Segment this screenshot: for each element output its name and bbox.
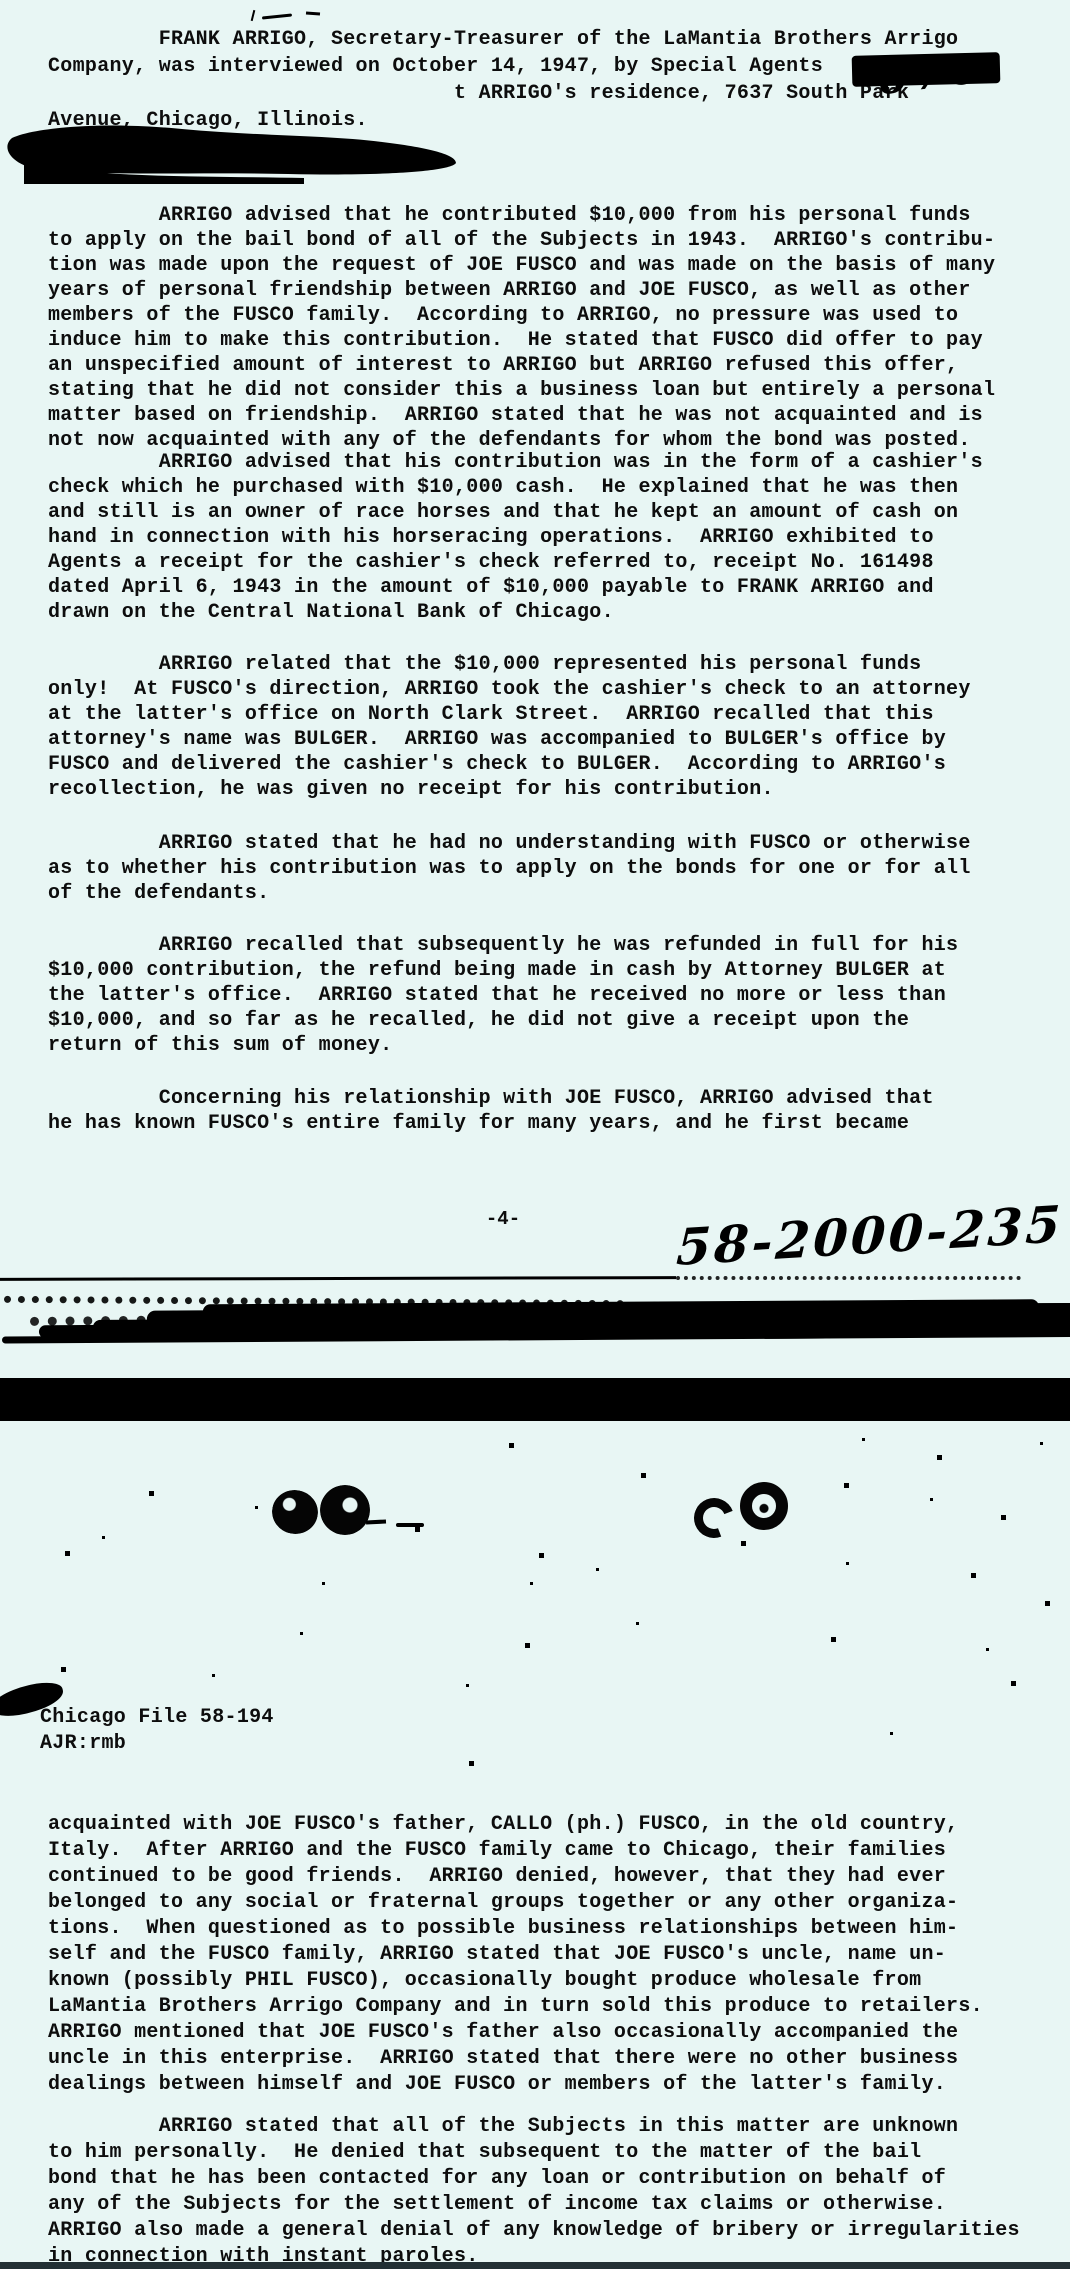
page1-paragraph-5: ARRIGO stated that he had no understandi…	[48, 831, 971, 906]
page1-paragraph-4: ARRIGO related that the $10,000 represen…	[48, 652, 971, 802]
handwritten-caret-mark	[306, 12, 320, 16]
page1-paragraph-3: ARRIGO advised that his contribution was…	[48, 450, 983, 625]
scan-artifact-dashes	[676, 1276, 1021, 1280]
page1-paragraph-2: ARRIGO advised that he contributed $10,0…	[48, 203, 995, 453]
ink-dash-mark	[396, 1523, 424, 1527]
page1-paragraph-6: ARRIGO recalled that subsequently he was…	[48, 933, 958, 1058]
scan-noise-row	[30, 1311, 590, 1326]
handwritten-caret-mark	[251, 10, 256, 21]
scanned-document: FRANK ARRIGO, Secretary-Treasurer of the…	[0, 0, 1070, 2269]
redaction-blob	[4, 118, 464, 184]
page-separator-bar	[0, 1378, 1070, 1421]
typist-initials: AJR:rmb	[40, 1731, 126, 1756]
handwritten-caret-mark	[262, 13, 292, 19]
redaction-blob-shape	[4, 118, 464, 184]
page1-paragraph-7: Concerning his relationship with JOE FUS…	[48, 1086, 934, 1136]
page-number: -4-	[468, 1208, 538, 1230]
page2-paragraph-1: acquainted with JOE FUSCO's father, CALL…	[48, 1812, 983, 2098]
ink-stamp-3	[688, 1492, 741, 1545]
ink-stamp-2	[320, 1485, 370, 1535]
ink-dash-mark	[366, 1519, 386, 1524]
scan-noise-squiggle	[2, 1331, 830, 1343]
handwritten-file-number: 58-2000-235	[675, 1194, 1064, 1277]
page2-paragraph-2: ARRIGO stated that all of the Subjects i…	[48, 2114, 1020, 2269]
scan-noise-row	[4, 1296, 624, 1307]
file-reference: Chicago File 58-194	[40, 1705, 274, 1730]
scan-artifact-line	[0, 1276, 676, 1281]
scan-speckles	[0, 1432, 3, 1435]
ink-stamp-4	[740, 1482, 788, 1530]
scan-bottom-edge	[0, 2262, 1070, 2269]
ink-stamp-1	[269, 1486, 322, 1537]
